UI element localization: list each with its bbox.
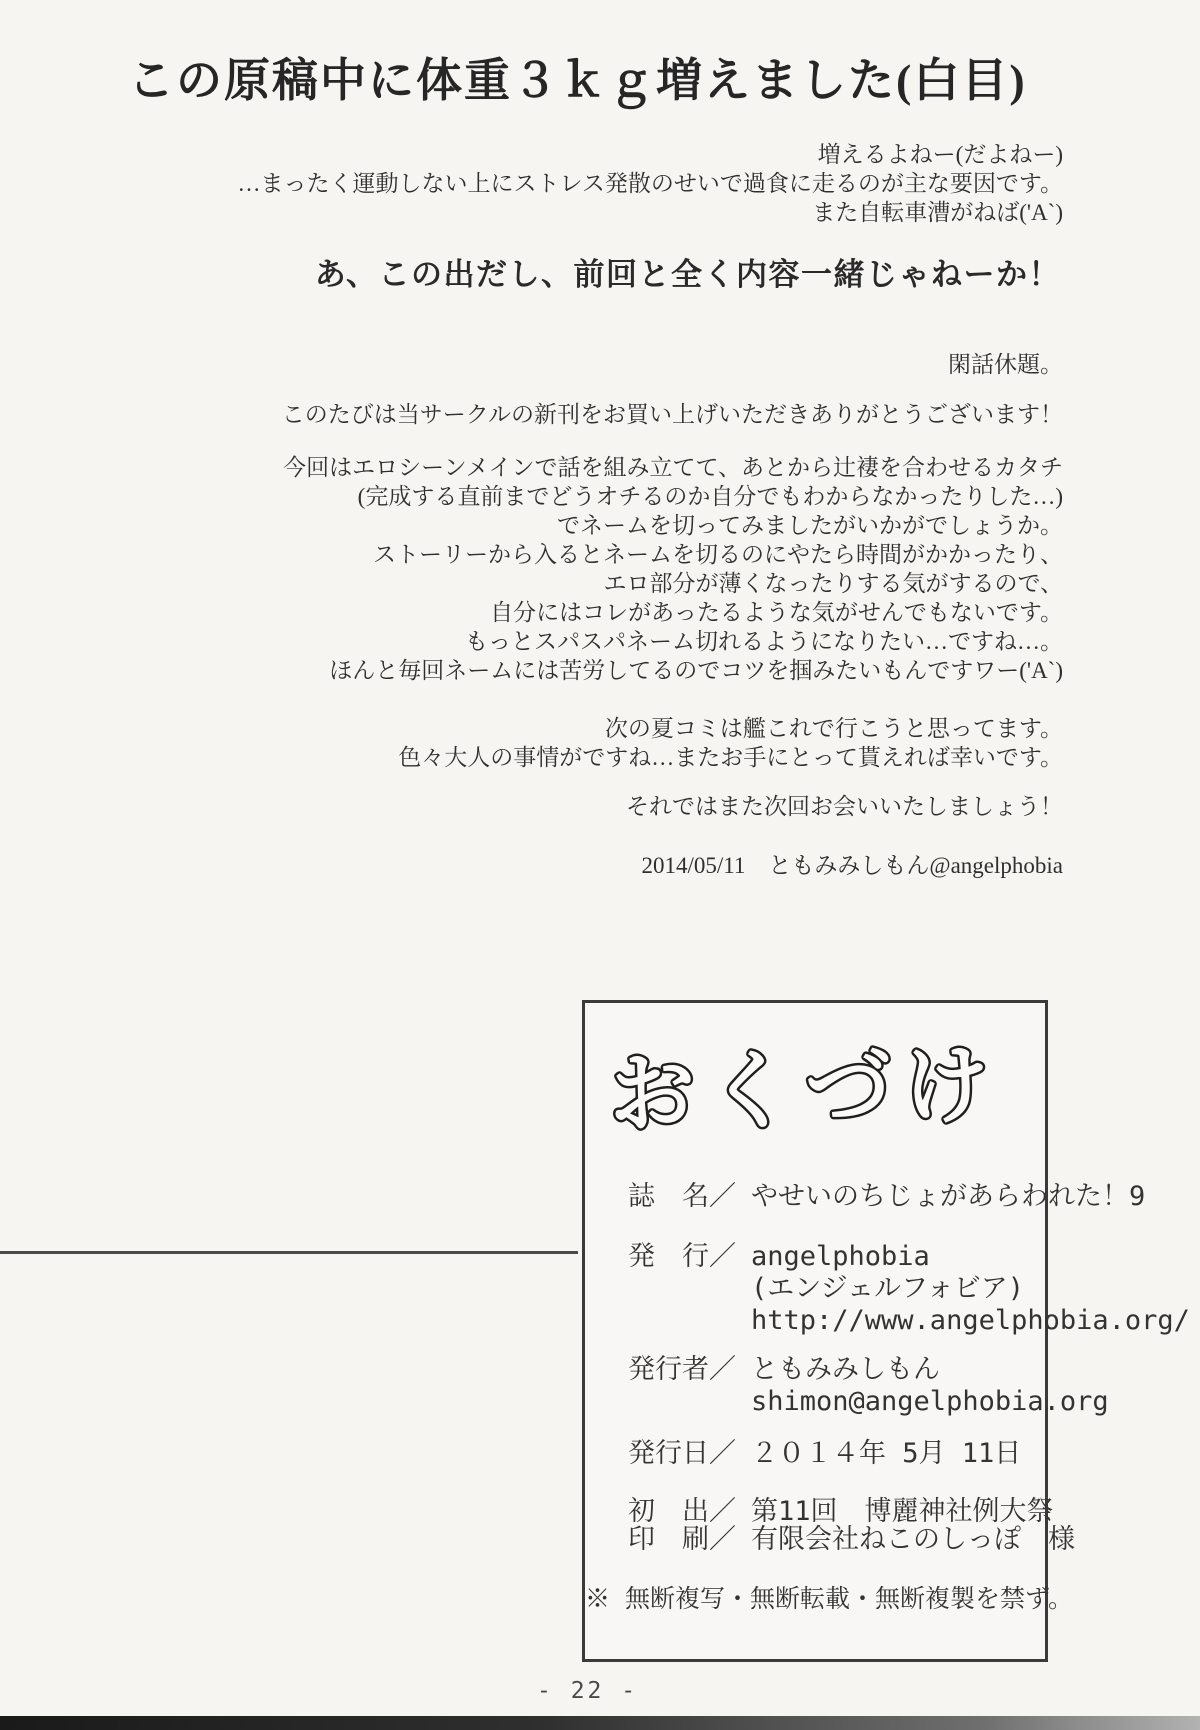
- page-number: - 22 -: [537, 1678, 638, 1704]
- colophon-row-title: 誌 名／ やせいのちじょがあらわれた！9: [628, 1181, 1145, 1213]
- afterword-line: でネームを切ってみましたがいかがでしょうか。: [282, 511, 1063, 540]
- afterword-line: もっとスパスパネーム切れるようになりたい…ですね…。: [282, 627, 1063, 656]
- value-line: 有限会社ねこのしっぽ 様: [751, 1524, 1075, 1556]
- afterword-line: 今回はエロシーンメインで話を組み立てて、あとから辻褄を合わせるカタチ: [282, 453, 1063, 482]
- page-title: この原稿中に体重３ｋｇ増えました(白目): [128, 44, 1027, 110]
- afterword-line: 次の夏コミは艦これで行こうと思ってます。: [282, 714, 1063, 743]
- intro-line-1: 増えるよねー(だよねー): [238, 140, 1063, 169]
- colophon-title: おくづけ: [608, 1037, 1002, 1143]
- scan-bottom-edge: [0, 1716, 1200, 1730]
- afterword-block: このたびは当サークルの新刊をお買い上げいただきありがとうございます！ 今回はエロ…: [282, 400, 1063, 880]
- colophon-title-art: おくづけ: [599, 1025, 1029, 1147]
- row-label: 印 刷／: [628, 1524, 751, 1556]
- row-value: angelphobia (エンジェルフォビア) http://www.angel…: [751, 1241, 1190, 1337]
- afterword-paragraph-2: 次の夏コミは艦これで行こうと思ってます。 色々大人の事情がですね…またお手にとっ…: [282, 714, 1063, 772]
- row-value: ともみみしもん shimon@angelphobia.org: [751, 1354, 1109, 1418]
- thanks-line: このたびは当サークルの新刊をお買い上げいただきありがとうございます！: [282, 400, 1063, 429]
- value-line: angelphobia: [751, 1241, 1190, 1273]
- colophon-row-printer: 印 刷／ 有限会社ねこのしっぽ 様: [628, 1524, 1075, 1556]
- colophon-row-date: 発行日／ ２０１４年 5月 11日: [628, 1438, 1021, 1470]
- row-label: 誌 名／: [628, 1181, 751, 1213]
- value-line: やせいのちじょがあらわれた！9: [751, 1181, 1145, 1213]
- row-value: ２０１４年 5月 11日: [751, 1438, 1021, 1470]
- signature-line: 2014/05/11 ともみみしもん@angelphobia: [282, 851, 1063, 880]
- afterword-line: ストーリーから入るとネームを切るのにやたら時間がかかったり、: [282, 540, 1063, 569]
- topic-change-note: 閑話休題。: [948, 346, 1063, 379]
- row-label: 発行者／: [628, 1354, 751, 1418]
- afterword-line: ほんと毎回ネームには苦労してるのでコツを掴みたいもんですワー('A`): [282, 656, 1063, 685]
- row-value: 有限会社ねこのしっぽ 様: [751, 1524, 1075, 1556]
- value-line: (エンジェルフォビア): [751, 1273, 1190, 1305]
- row-label: 発行日／: [628, 1438, 751, 1470]
- intro-line-3: また自転車漕がねば('A`): [238, 198, 1063, 227]
- afterword-line: エロ部分が薄くなったりする気がするので、: [282, 569, 1063, 598]
- divider-rule: [0, 1251, 578, 1254]
- email-text: shimon@angelphobia.org: [751, 1386, 1109, 1418]
- punchline: あ、この出だし、前回と全く内容一緒じゃねーか！: [315, 249, 1061, 294]
- row-label: 発 行／: [628, 1241, 751, 1337]
- colophon-box: おくづけ 誌 名／ やせいのちじょがあらわれた！9 発 行／ angelphob…: [582, 1000, 1048, 1662]
- copyright-notice: ※ 無断複写・無断転載・無断複製を禁ず。: [585, 1579, 1045, 1615]
- value-line: ともみみしもん: [751, 1354, 1109, 1386]
- row-value: やせいのちじょがあらわれた！9: [751, 1181, 1145, 1213]
- colophon-row-publisher: 発 行／ angelphobia (エンジェルフォビア) http://www.…: [628, 1241, 1190, 1337]
- website-url-text: http://www.angelphobia.org/: [751, 1305, 1190, 1337]
- afterword-line: 自分にはコレがあったるような気がせんでもないです。: [282, 598, 1063, 627]
- intro-line-2: …まったく運動しない上にストレス発散のせいで過食に走るのが主な要因です。: [238, 169, 1063, 198]
- afterword-line: 色々大人の事情がですね…またお手にとって貰えれば幸いです。: [282, 743, 1063, 772]
- closing-line: それではまた次回お会いいたしましょう！: [282, 792, 1063, 821]
- colophon-row-author: 発行者／ ともみみしもん shimon@angelphobia.org: [628, 1354, 1109, 1418]
- afterword-paragraph-1: 今回はエロシーンメインで話を組み立てて、あとから辻褄を合わせるカタチ (完成する…: [282, 453, 1063, 685]
- afterword-line: (完成する直前までどうオチるのか自分でもわからなかったりした…): [282, 482, 1063, 511]
- value-line: ２０１４年 5月 11日: [751, 1438, 1021, 1470]
- scanned-afterword-page: この原稿中に体重３ｋｇ増えました(白目) 増えるよねー(だよねー) …まったく運…: [0, 0, 1200, 1730]
- intro-block: 増えるよねー(だよねー) …まったく運動しない上にストレス発散のせいで過食に走る…: [238, 140, 1063, 227]
